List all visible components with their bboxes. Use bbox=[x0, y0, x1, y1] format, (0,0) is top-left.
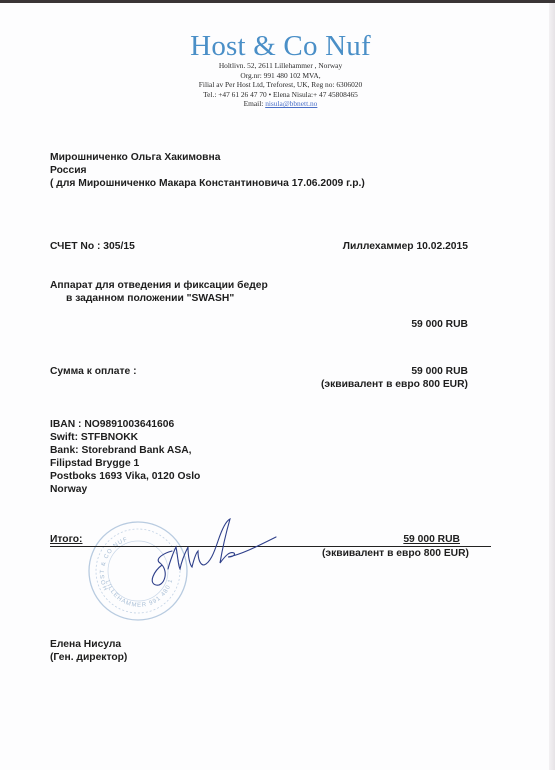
company-phone: Tel.: +47 61 26 47 70 • Elena Nisula:+ 4… bbox=[6, 90, 555, 100]
item-amount: 59 000 RUB bbox=[411, 318, 468, 331]
bank-name: Bank: Storebrand Bank ASA, bbox=[50, 444, 192, 457]
signatory-name: Елена Нисула bbox=[50, 638, 121, 651]
email-link[interactable]: nisula@bbnett.no bbox=[265, 99, 317, 108]
bank-swift: Swift: STFBNOKK bbox=[50, 431, 138, 444]
company-org-number: Org.nr: 991 480 102 MVA, bbox=[6, 71, 555, 81]
invoice-page: Host & Co Nuf Holtlivn. 52, 2611 Lilleha… bbox=[0, 3, 549, 770]
invoice-number: СЧЕТ No : 305/15 bbox=[50, 240, 135, 253]
payment-label: Сумма к оплате : bbox=[50, 365, 137, 378]
total-label: Итого: bbox=[50, 533, 82, 546]
signature-icon bbox=[130, 513, 280, 593]
svg-text:HOST & CO NUF: HOST & CO NUF bbox=[100, 537, 129, 591]
bank-postbox: Postboks 1693 Vika, 0120 Oslo bbox=[50, 470, 200, 483]
invoice-place-date: Лиллехаммер 10.02.2015 bbox=[343, 240, 468, 253]
company-branch: Filial av Per Host Ltd, Treforest, UK, R… bbox=[6, 80, 555, 90]
item-description-line2: в заданном положении "SWASH" bbox=[66, 292, 234, 305]
bank-street: Filipstad Brygge 1 bbox=[50, 457, 139, 470]
payment-amount: 59 000 RUB bbox=[411, 365, 468, 378]
scan-right-edge bbox=[549, 3, 555, 770]
recipient-country: Россия bbox=[50, 164, 87, 177]
company-email: Email: nisula@bbnett.no bbox=[6, 99, 555, 109]
email-label: Email: bbox=[244, 99, 266, 108]
company-name: Host & Co Nuf bbox=[6, 31, 555, 61]
signatory-title: (Ген. директор) bbox=[50, 651, 127, 664]
payment-equivalent: (эквивалент в евро 800 EUR) bbox=[321, 378, 468, 391]
total-equivalent: (эквивалент в евро 800 EUR) bbox=[322, 547, 469, 560]
bank-iban: IBAN : NO9891003641606 bbox=[50, 418, 174, 431]
recipient-for-line: ( для Мирошниченко Макара Константинович… bbox=[50, 177, 365, 190]
bank-country: Norway bbox=[50, 483, 87, 496]
company-address: Holtlivn. 52, 2611 Lillehammer , Norway bbox=[6, 61, 555, 71]
recipient-name: Мирошниченко Ольга Хакимовна bbox=[50, 151, 220, 164]
letterhead: Host & Co Nuf Holtlivn. 52, 2611 Lilleha… bbox=[0, 31, 555, 109]
item-description-line1: Аппарат для отведения и фиксации бедер bbox=[50, 279, 268, 292]
total-amount: 59 000 RUB bbox=[403, 533, 460, 546]
